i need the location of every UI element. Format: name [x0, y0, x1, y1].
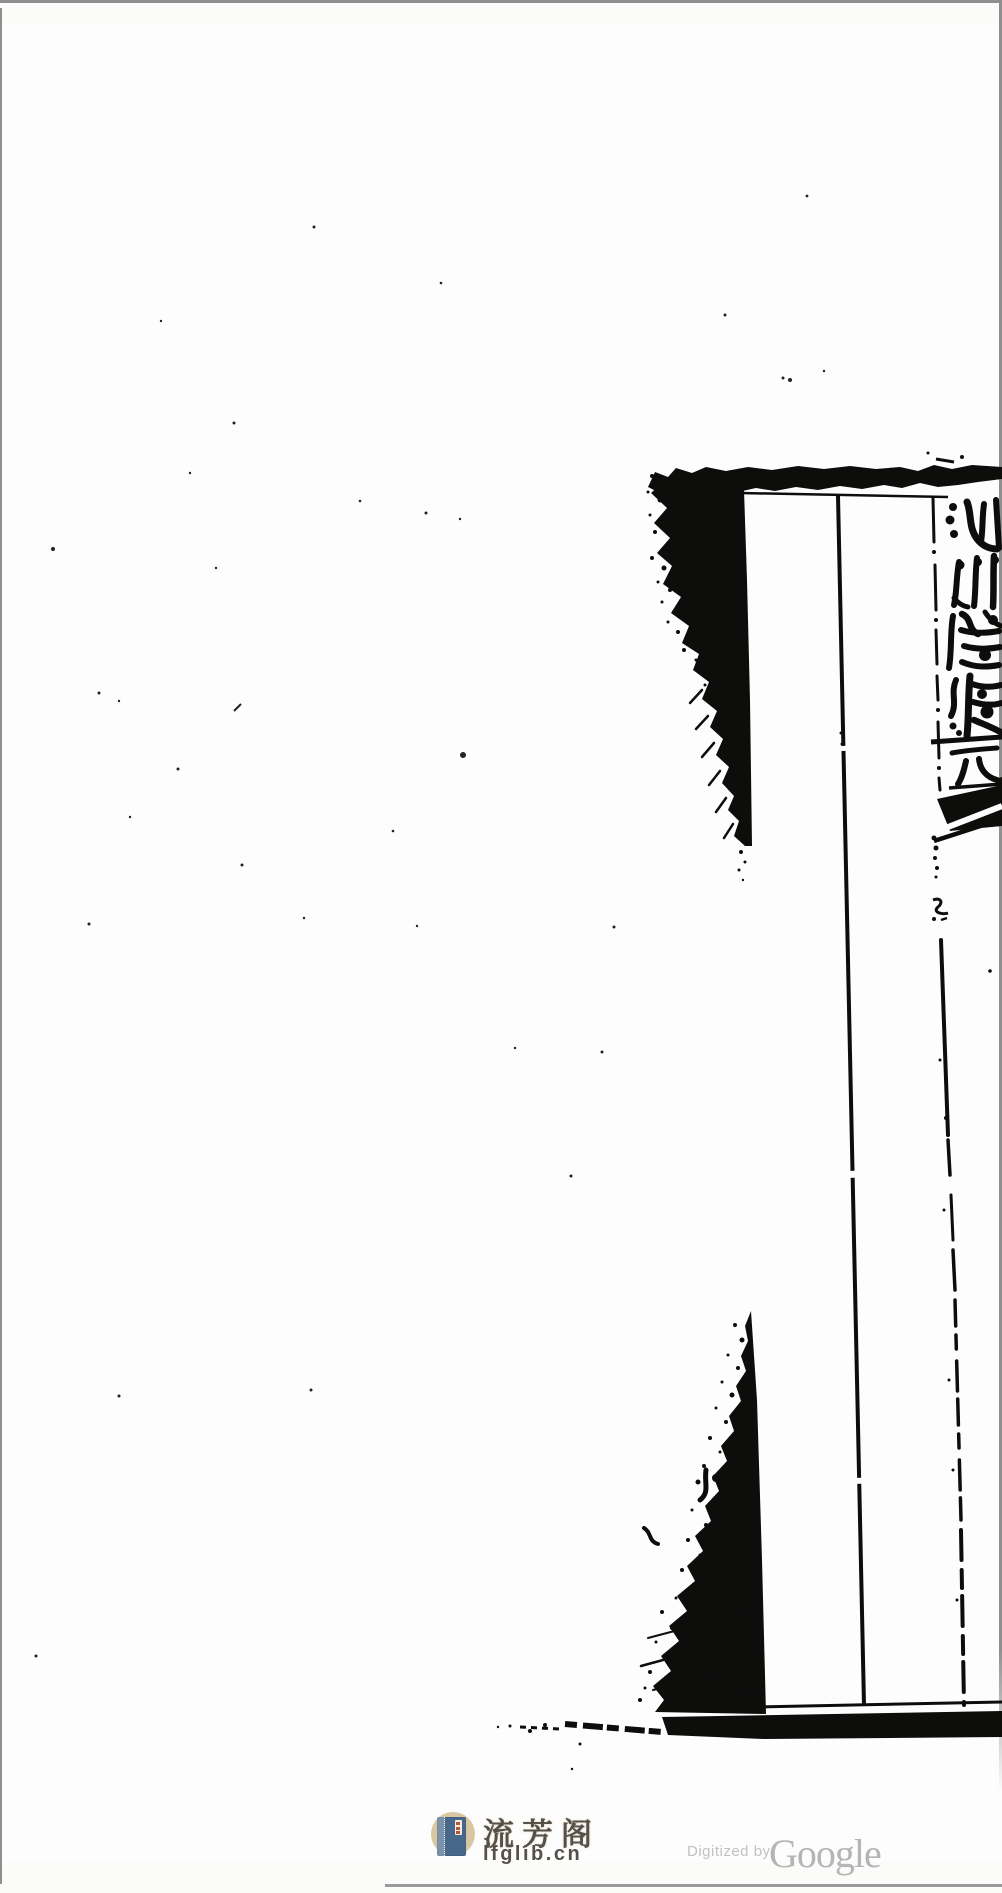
ink-artifacts: [0, 0, 1002, 1893]
book-icon: [437, 1817, 466, 1856]
upper-ink-smudge: [647, 474, 753, 881]
scanned-page: 沁州復續志 元: [0, 0, 1002, 1893]
column-divider-line: [838, 496, 864, 1705]
lfglib-logo-circle: [431, 1812, 475, 1856]
lfglib-domain-text: lfglib.cn: [483, 1843, 582, 1866]
fishtail-mark: [930, 785, 1002, 921]
book-spine-stitching: [437, 1817, 445, 1856]
paper-specks: [35, 195, 826, 1658]
google-watermark: Digitized by Google: [687, 1830, 967, 1875]
digitized-by-text: Digitized by: [687, 1843, 771, 1860]
lfglib-watermark: 流芳阁 lfglib.cn: [431, 1811, 721, 1871]
lower-ink-smudge: [638, 1311, 766, 1714]
banxin-left-line: [933, 498, 964, 1705]
google-logo-text: Google: [769, 1830, 881, 1877]
book-title-label: [455, 1820, 462, 1835]
